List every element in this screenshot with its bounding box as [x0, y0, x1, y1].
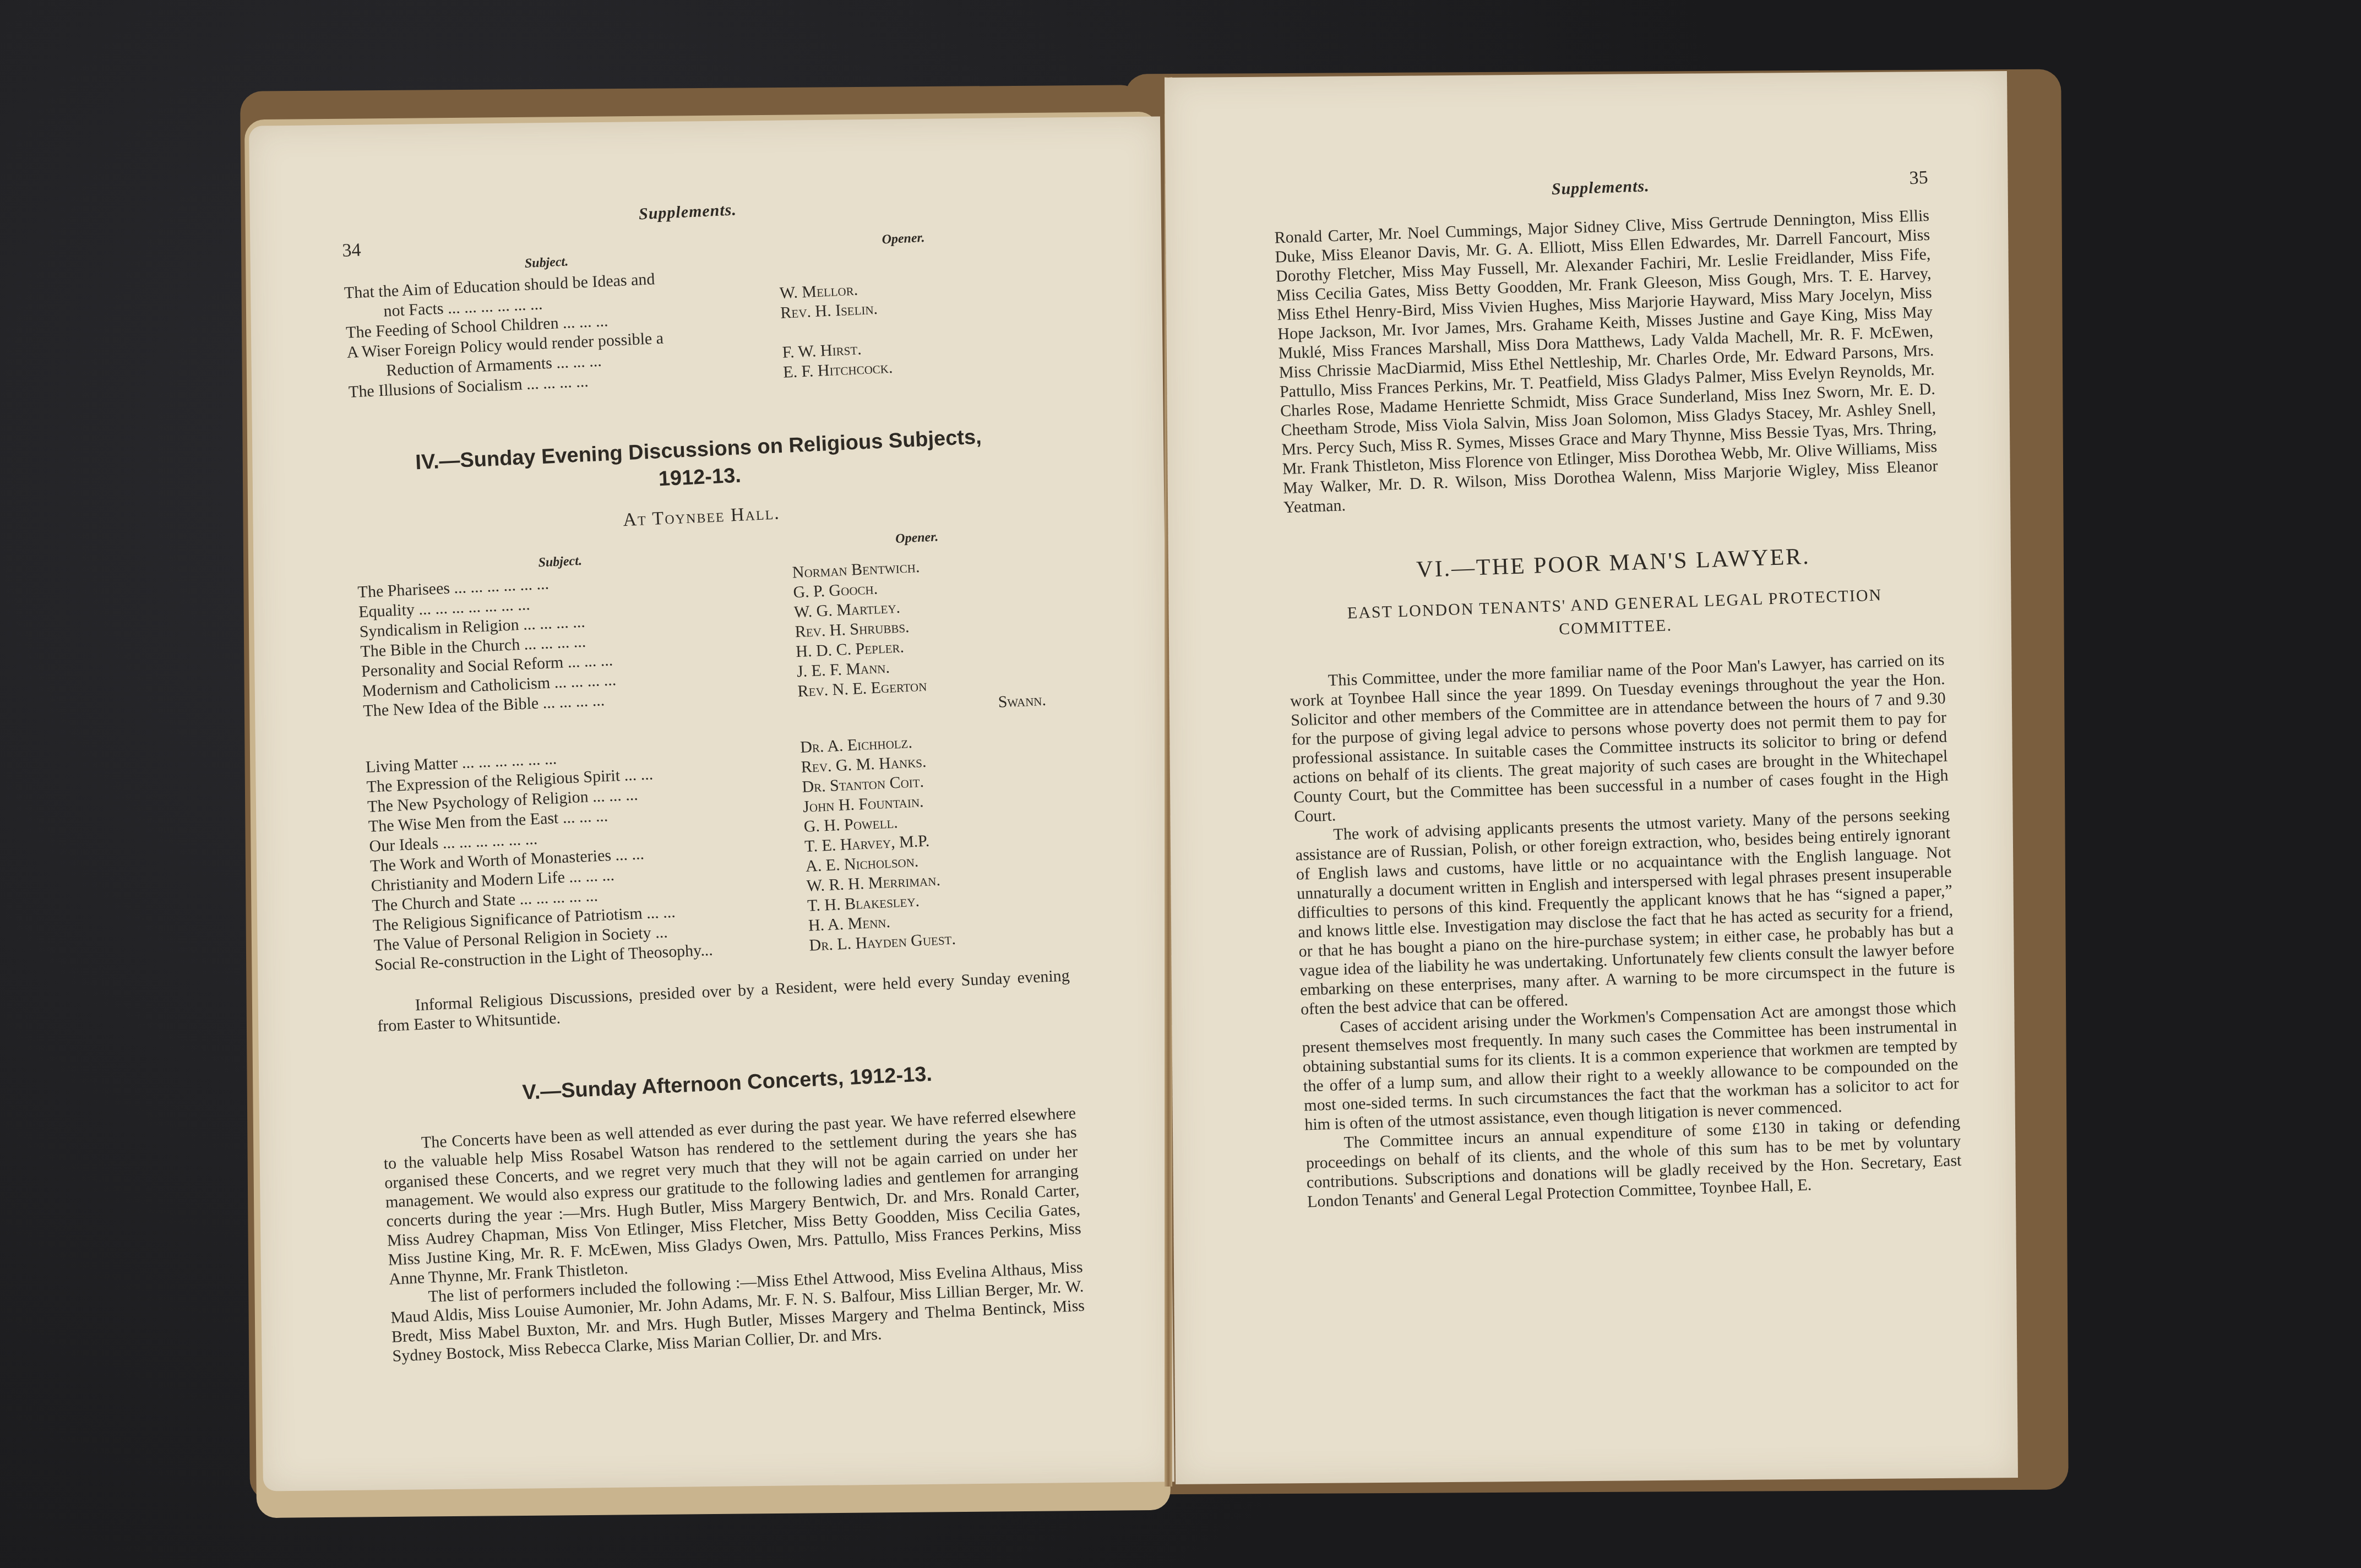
left-page: 34 Supplements. Subject. Opener. That th… [249, 116, 1174, 1491]
lawyer-paragraph-3: Cases of accident arising under the Work… [1301, 997, 1960, 1134]
committee-subheading: EAST LONDON TENANTS' AND GENERAL LEGAL P… [1287, 582, 1943, 650]
column-header-opener: Opener. [882, 231, 925, 248]
right-page: Supplements. 35 Ronald Carter, Mr. Noel … [1165, 71, 2018, 1484]
running-head-title: Supplements. [1273, 167, 1928, 208]
lawyer-paragraph-2: The work of advising applicants presents… [1294, 804, 1956, 1019]
section-heading-vi: VI.—THE POOR MAN'S LAWYER. [1286, 539, 1941, 587]
performers-list-continued: Ronald Carter, Mr. Noel Cummings, Major … [1274, 206, 1939, 517]
running-head-title: Supplements. [341, 187, 1035, 237]
lawyer-paragraph-1: This Committee, under the more familiar … [1289, 650, 1949, 826]
discussion-table-b: Living Matter ... ... ... ... ... ...Dr.… [365, 726, 1068, 976]
discussion-table-a: The Pharisees ... ... ... ... ... ...Nor… [357, 551, 1058, 741]
concerts-paragraph-1: The Concerts have been as well attended … [382, 1103, 1082, 1289]
page-number: 35 [1909, 167, 1928, 189]
column-header-subject: Subject. [524, 254, 568, 271]
